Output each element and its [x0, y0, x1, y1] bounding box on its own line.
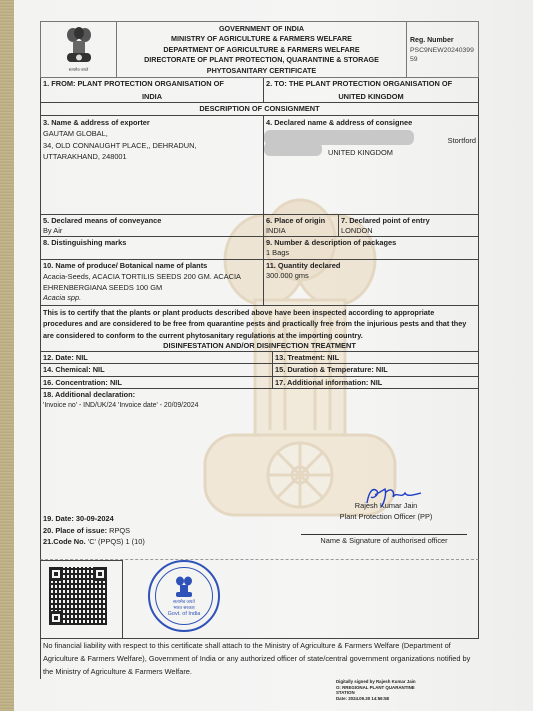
reg-number-value: PSC9NEW2024039959: [410, 46, 476, 64]
certificate-title-block: GOVERNMENT OF INDIA MINISTRY OF AGRICULT…: [117, 22, 407, 77]
consignee-label: 4. Declared name & address of consignee: [266, 117, 476, 128]
additional-info-field: 17. Additional information: NIL: [273, 377, 478, 389]
conveyance-row: 5. Declared means of conveyance By Air 6…: [40, 215, 479, 237]
exporter-consignee-row: 3. Name & address of exporter GAUTAM GLO…: [40, 116, 479, 215]
chemical-field: 14. Chemical: NIL: [41, 364, 273, 376]
from-field: 1. FROM: PLANT PROTECTION ORGANISATION O…: [41, 78, 264, 102]
reg-number-cell: Reg. Number PSC9NEW2024039959: [407, 22, 478, 77]
to-field: 2. TO: THE PLANT PROTECTION ORGANISATION…: [264, 78, 478, 102]
conveyance-field: 5. Declared means of conveyance By Air: [41, 215, 264, 236]
exporter-field: 3. Name & address of exporter GAUTAM GLO…: [41, 116, 264, 214]
packages-field: 9. Number & description of packages 1 Ba…: [264, 237, 478, 259]
marks-label: 8. Distinguishing marks: [43, 238, 261, 248]
issue-place-value: RPQS: [109, 526, 130, 535]
botanical-name: Acacia spp.: [43, 293, 261, 304]
quantity-value: 300.000 gms: [266, 271, 476, 281]
digital-signature-date: Date: 2024.09.30 14:56:58: [336, 696, 416, 702]
disclaimer-text: No financial liability with respect to t…: [41, 639, 479, 679]
phytosanitary-certificate: सत्यमेव जयते GOVERNMENT OF INDIA MINISTR…: [40, 21, 479, 679]
additional-info-value: NIL: [370, 378, 382, 387]
concentration-label: 16. Concentration:: [43, 378, 108, 387]
treatment-type-value: NIL: [327, 353, 339, 362]
govt-title: GOVERNMENT OF INDIA: [117, 24, 406, 34]
digital-signature-block: Digitally signed by Rajesh Kumar Jain O:…: [336, 679, 416, 702]
produce-line2: EHRENBERGIANA SEEDS 100 GM: [43, 283, 261, 294]
marks-packages-row: 8. Distinguishing marks 9. Number & desc…: [40, 237, 479, 260]
from-label: 1. FROM: PLANT PROTECTION ORGANISATION O…: [43, 79, 261, 89]
qr-cell: [41, 560, 123, 639]
treatment-date-label: 12. Date:: [43, 353, 74, 362]
treatment-row-2: 14. Chemical: NIL 15. Duration & Tempera…: [40, 364, 479, 377]
treatment-row-1: 12. Date: NIL 13. Treatment: NIL: [40, 352, 479, 365]
code-label: 21.Code No.: [43, 537, 86, 546]
exporter-address-line2: UTTARAKHAND, 248001: [43, 151, 261, 162]
certification-block: This is to certify that the plants or pl…: [40, 305, 479, 352]
seal-emblem-icon: [174, 576, 194, 598]
code-value: 'C' (PPQS) 1 (10): [88, 537, 145, 546]
ministry-title: MINISTRY OF AGRICULTURE & FARMERS WELFAR…: [117, 34, 406, 44]
origin-label: 6. Place of origin: [266, 216, 336, 226]
additional-info-label: 17. Additional information:: [275, 378, 368, 387]
declaration-block: 18. Additional declaration: 'Invoice no'…: [40, 389, 479, 559]
treatment-heading: DISINFESTATION AND/OR DISINFECTION TREAT…: [41, 341, 478, 351]
description-heading-text: DESCRIPTION OF CONSIGNMENT: [199, 104, 319, 114]
quantity-field: 11. Quantity declared 300.000 gms: [264, 260, 478, 305]
chemical-label: 14. Chemical:: [43, 365, 91, 374]
digital-signature-signer: Digitally signed by Rajesh Kumar Jain: [336, 679, 416, 685]
issue-details: 19. Date: 30-09-2024 20. Place of issue:…: [43, 513, 145, 546]
treatment-type-field: 13. Treatment: NIL: [273, 352, 478, 364]
treatment-type-label: 13. Treatment:: [275, 353, 325, 362]
officer-block: Rajesh Kumar Jain Plant Protection Offic…: [301, 493, 471, 545]
national-emblem-icon: [64, 26, 94, 66]
exporter-label: 3. Name & address of exporter: [43, 117, 261, 128]
duration-field: 15. Duration & Temperature: NIL: [273, 364, 478, 376]
issue-date-label: 19. Date:: [43, 514, 74, 523]
produce-label: 10. Name of produce/ Botanical name of p…: [43, 261, 261, 272]
certification-text: This is to certify that the plants or pl…: [41, 306, 478, 342]
issue-date-value: 30-09-2024: [76, 514, 114, 523]
from-to-row: 1. FROM: PLANT PROTECTION ORGANISATION O…: [40, 78, 479, 103]
qr-code-icon[interactable]: [49, 567, 107, 625]
marks-field: 8. Distinguishing marks: [41, 237, 264, 259]
issue-place-label: 20. Place of issue:: [43, 526, 107, 535]
quantity-label: 11. Quantity declared: [266, 261, 476, 271]
reg-number-label: Reg. Number: [410, 36, 476, 45]
concentration-value: NIL: [110, 378, 122, 387]
entry-value: LONDON: [341, 226, 476, 236]
entry-label: 7. Declared point of entry: [341, 216, 476, 226]
produce-quantity-row: 10. Name of produce/ Botanical name of p…: [40, 260, 479, 305]
redaction-mask: [264, 142, 322, 156]
produce-line1: Acacia-Seeds, ACACIA TORTILIS SEEDS 200 …: [43, 272, 261, 283]
officer-title: Plant Protection Officer (PP): [301, 512, 471, 522]
packages-value: 1 Bags: [266, 248, 476, 258]
conveyance-value: By Air: [43, 226, 261, 236]
to-label: 2. TO: THE PLANT PROTECTION ORGANISATION…: [266, 79, 476, 89]
department-title: DEPARTMENT OF AGRICULTURE & FARMERS WELF…: [117, 45, 406, 55]
consignee-field: 4. Declared name & address of consignee …: [264, 116, 478, 214]
treatment-row-3: 16. Concentration: NIL 17. Additional in…: [40, 377, 479, 390]
handwritten-signature-icon: [363, 485, 423, 509]
verification-row: सत्यमेव जयते भारत सरकार Govt. of India: [40, 559, 479, 638]
origin-field: 6. Place of origin INDIA: [264, 215, 339, 236]
duration-label: 15. Duration & Temperature:: [275, 365, 374, 374]
packages-label: 9. Number & description of packages: [266, 238, 476, 248]
treatment-date-field: 12. Date: NIL: [41, 352, 273, 364]
from-value: INDIA: [43, 92, 261, 102]
disclaimer-row: No financial liability with respect to t…: [40, 638, 479, 679]
additional-declaration-value: 'Invoice no' - IND/UK/24 'Invoice date' …: [41, 401, 478, 412]
exporter-name: GAUTAM GLOBAL,: [43, 128, 261, 139]
emblem-motto: सत्यमेव जयते: [69, 67, 88, 72]
certificate-title: PHYTOSANITARY CERTIFICATE: [117, 66, 406, 76]
exporter-address-line1: 34, OLD CONNAUGHT PLACE,, DEHRADUN,: [43, 140, 261, 151]
entry-field: 7. Declared point of entry LONDON: [339, 215, 478, 236]
certificate-header: सत्यमेव जयते GOVERNMENT OF INDIA MINISTR…: [40, 21, 479, 78]
origin-value: INDIA: [266, 226, 336, 236]
conveyance-label: 5. Declared means of conveyance: [43, 216, 261, 226]
official-seal-stamp: सत्यमेव जयते भारत सरकार Govt. of India: [148, 560, 220, 632]
seal-govt-of-india: Govt. of India: [150, 611, 218, 618]
emblem-cell: सत्यमेव जयते: [41, 22, 117, 77]
produce-field: 10. Name of produce/ Botanical name of p…: [41, 260, 264, 305]
duration-value: NIL: [376, 365, 388, 374]
additional-declaration-label: 18. Additional declaration:: [41, 389, 478, 401]
signature-caption: Name & Signature of authorised officer: [301, 534, 467, 546]
background-surface: [0, 0, 14, 711]
to-value: UNITED KINGDOM: [266, 92, 476, 102]
concentration-field: 16. Concentration: NIL: [41, 377, 273, 389]
chemical-value: NIL: [93, 365, 105, 374]
treatment-date-value: NIL: [76, 353, 88, 362]
seal-text: सत्यमेव जयते भारत सरकार Govt. of India: [150, 599, 218, 618]
directorate-title: DIRECTORATE OF PLANT PROTECTION, QUARANT…: [117, 55, 406, 65]
description-heading: DESCRIPTION OF CONSIGNMENT: [40, 103, 479, 116]
